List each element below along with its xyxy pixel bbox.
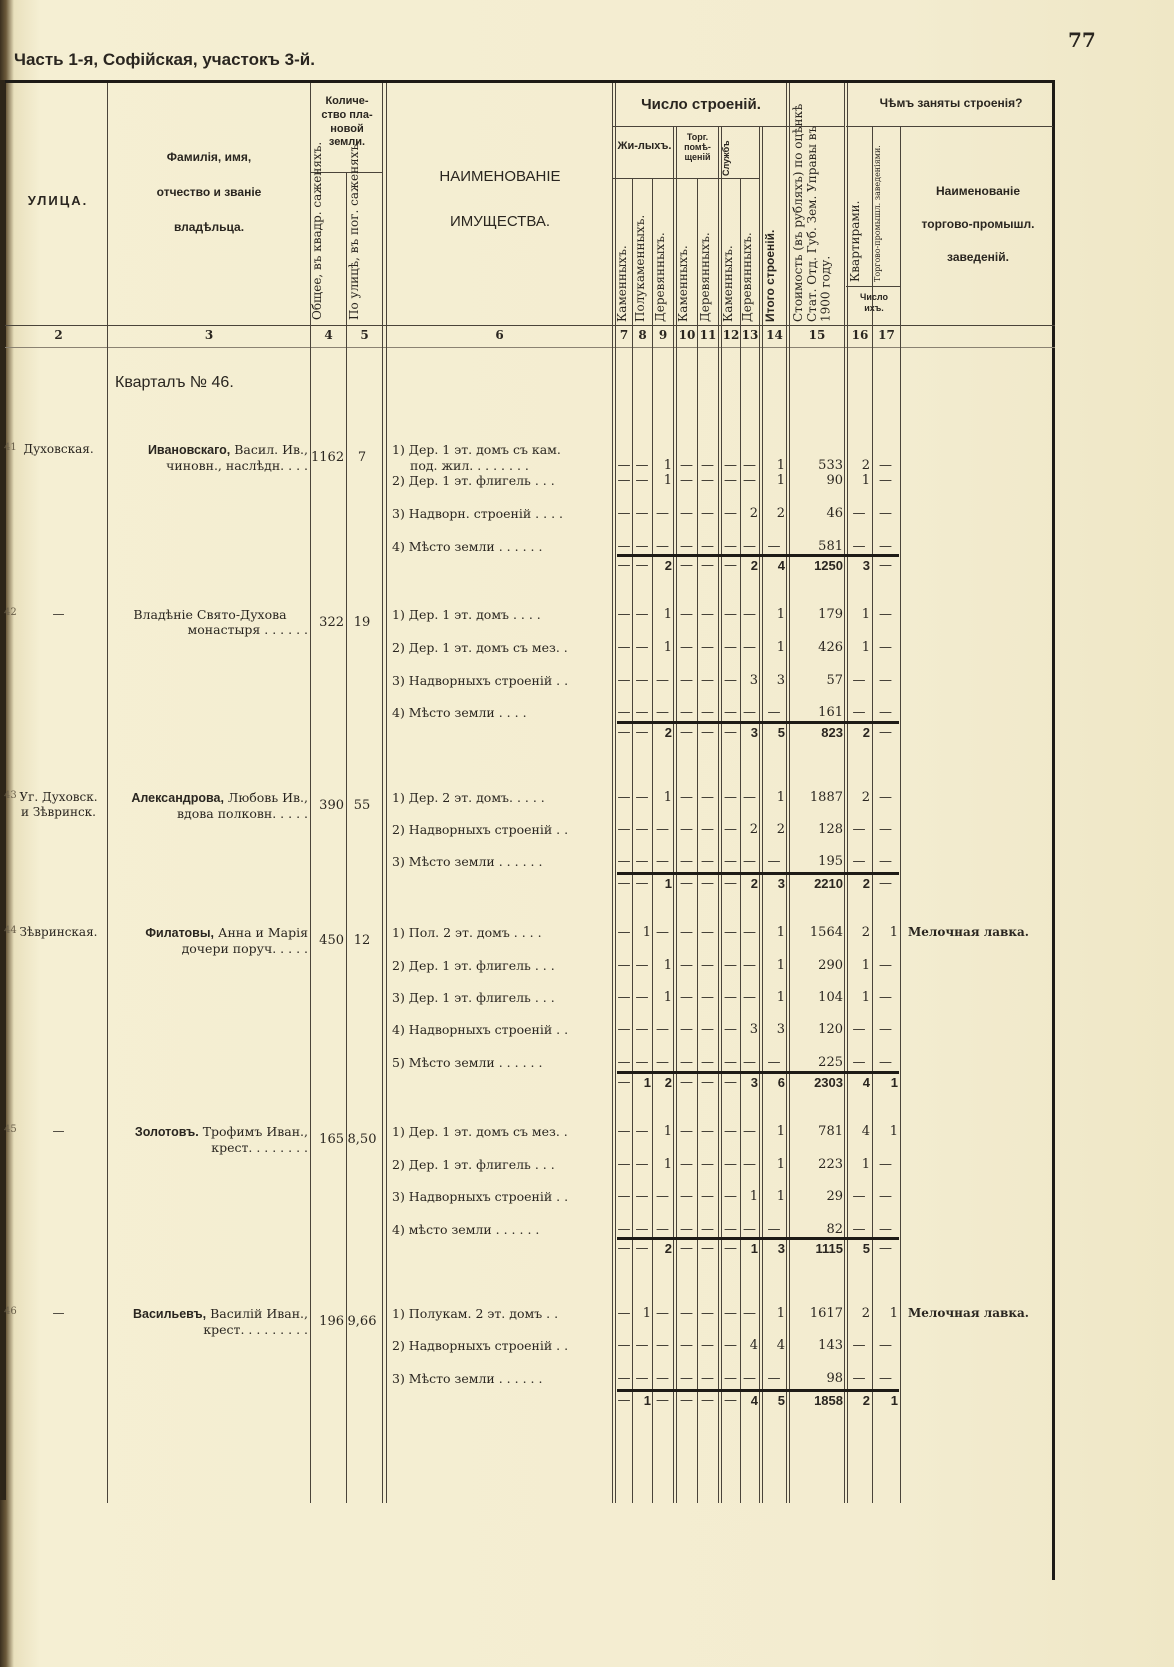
total-col8: — [633, 1241, 651, 1256]
cell-col13: — [741, 640, 758, 655]
colnum-bottom-rule [5, 347, 1055, 348]
cell-col13: — [741, 1222, 758, 1237]
header-property: НАИМЕНОВАНІЕ ИМУЩЕСТВА. [390, 168, 610, 232]
land-street: 7 [347, 450, 377, 465]
total-col11: — [698, 558, 717, 573]
cell-col12: — [722, 705, 739, 720]
scanned-page: Часть 1-я, Софійская, участокъ 3-й. 77 У… [0, 0, 1174, 1667]
colnum-10: 10 [677, 328, 697, 342]
cell-col14: 1 [763, 958, 786, 973]
property-item: 3) Надворныхъ строеній . . [392, 673, 568, 688]
owner-surname: Васильевъ, [133, 1307, 206, 1321]
cell-col16: — [848, 506, 870, 521]
property-item: 4) Надворныхъ строеній . . [392, 1022, 568, 1037]
cell-col17: — [873, 539, 898, 554]
cell-col9: — [653, 1222, 672, 1237]
header-col10-stone: Каменныхъ. [677, 182, 696, 322]
cell-col17: — [873, 506, 898, 521]
cell-col12: — [722, 1222, 739, 1237]
table-top-border [5, 80, 1055, 83]
total-col13: 2 [741, 558, 759, 573]
cell-col9: 1 [653, 473, 673, 488]
total-col10: — [677, 876, 696, 891]
owner-surname: Золотовъ. [135, 1125, 199, 1139]
cell-col15: 1887 [790, 790, 844, 805]
cell-col13: — [741, 458, 758, 473]
street-name: — [10, 1124, 107, 1138]
cell-col11: — [698, 1371, 717, 1386]
cell-col13: — [741, 990, 758, 1005]
header-col15-value: Стоимость (въ рубляхъ) по оцѣнкѣ Стат. О… [792, 92, 842, 322]
cell-col11: — [698, 705, 717, 720]
cell-col9: — [653, 854, 672, 869]
col-line-14-15a [786, 83, 787, 1503]
property-item: 1) Полукам. 2 эт. домъ . . [392, 1306, 558, 1321]
total-col7: — [616, 876, 632, 891]
colnum-9: 9 [653, 328, 673, 342]
cell-col14: 4 [763, 1338, 786, 1353]
total-col9: — [653, 1393, 672, 1408]
cell-col10: — [677, 790, 696, 805]
cell-col10: — [677, 607, 696, 622]
cell-col10: — [677, 1189, 696, 1204]
land-street: 19 [347, 615, 377, 630]
property-item: 2) Надворныхъ строеній . . [392, 822, 568, 837]
subtotal-rule [617, 1071, 899, 1074]
cell-col15: 781 [790, 1124, 844, 1139]
total-col9: 1 [653, 876, 673, 891]
cell-col8: — [633, 1055, 651, 1070]
header-trade-name-line1: Наименованіе [904, 184, 1052, 199]
total-col15: 1115 [790, 1241, 844, 1256]
cell-col12: — [722, 473, 739, 488]
cell-col14: 1 [763, 925, 786, 940]
total-col8: 1 [633, 1075, 652, 1090]
cell-col16: — [848, 822, 870, 837]
subtotal-rule [617, 1237, 899, 1240]
cell-col16: — [848, 1371, 870, 1386]
cell-col16: — [848, 1022, 870, 1037]
cell-col17: — [873, 1055, 898, 1070]
cell-col15: 46 [790, 506, 844, 521]
cell-col15: 57 [790, 673, 844, 688]
table-right-border [1052, 80, 1055, 1580]
col-line-10-11 [697, 178, 698, 1503]
cell-col17: — [873, 705, 898, 720]
cell-col16: — [848, 1338, 870, 1353]
header-trade-name-line2: торгово-промышл. [904, 217, 1052, 232]
cell-col12: — [722, 1371, 739, 1386]
col-line-11-12a [718, 126, 719, 1503]
subtotal-rule [617, 1389, 899, 1392]
owner-line-2: крест. . . . . . . . . [112, 1322, 308, 1337]
cell-col10: — [677, 539, 696, 554]
total-col16: 3 [848, 558, 871, 573]
owner-surname: Александрова, [131, 791, 224, 805]
cell-col13: — [741, 473, 758, 488]
cell-col10: — [677, 958, 696, 973]
owner-given: Любовь Ив., [228, 790, 308, 805]
header-residential: Жи-лыхъ. [616, 140, 673, 154]
cell-col14: 2 [763, 822, 786, 837]
trade-establishment-name: Мелочная лавка. [908, 925, 1029, 939]
total-col17: 1 [873, 1393, 899, 1408]
cell-col16: — [848, 854, 870, 869]
col-line-5-6a [382, 83, 383, 1503]
cell-col12: — [722, 925, 739, 940]
owner-given: Василій Иван., [210, 1306, 308, 1321]
cell-col8: — [633, 539, 651, 554]
cell-col15: 90 [790, 473, 844, 488]
header-land-total: Общее, въ квадр. саженяхъ. [311, 180, 345, 320]
header-trade: Торг. помѣ-щеній [677, 133, 718, 163]
cell-col9: — [653, 1371, 672, 1386]
owner-line-1: Васильевъ, Василій Иван., [112, 1306, 308, 1322]
land-total: 1162 [311, 450, 344, 465]
cell-col16: 1 [848, 640, 871, 655]
street-name: Зѣвринская. [10, 925, 107, 939]
col-line-2-3 [107, 83, 108, 1503]
cell-col10: — [677, 1222, 696, 1237]
header-col17-trade-est: Торгово-промышл. заведеніями. [874, 132, 899, 282]
total-col15: 1250 [790, 558, 844, 573]
cell-col15: 120 [790, 1022, 844, 1037]
cell-col12: — [722, 1338, 739, 1353]
cell-col9: — [653, 705, 672, 720]
colnum-5: 5 [347, 328, 382, 342]
owner-line-1: Александрова, Любовь Ив., [112, 790, 308, 806]
total-col14: 3 [763, 876, 786, 891]
header-col8-semistone: Полукаменныхъ. [634, 182, 651, 322]
cell-col14: 1 [763, 1124, 786, 1139]
total-col17: — [873, 876, 898, 891]
colnum-7: 7 [616, 328, 632, 342]
header-col16-apartments: Квартирами. [849, 132, 871, 282]
cell-col17: — [873, 1222, 898, 1237]
cell-col15: 225 [790, 1055, 844, 1070]
total-col12: — [722, 1075, 739, 1090]
cell-col8: — [633, 705, 651, 720]
total-col15: 1858 [790, 1393, 844, 1408]
cell-col7: — [616, 1338, 632, 1353]
cell-col16: — [848, 1189, 870, 1204]
cell-col17: — [873, 607, 898, 622]
cell-col11: — [698, 958, 717, 973]
cell-col14: 3 [763, 1022, 786, 1037]
cell-col12: — [722, 854, 739, 869]
cell-col16: 1 [848, 990, 871, 1005]
owner-line-2: вдова полковн. . . . . [112, 806, 308, 821]
total-col13: 3 [741, 725, 759, 740]
total-col7: — [616, 558, 632, 573]
property-item: 3) Надворныхъ строеній . . [392, 1189, 568, 1204]
colnum-11: 11 [698, 328, 718, 342]
cell-col14: — [763, 854, 785, 869]
cell-col8: — [633, 473, 651, 488]
colnum-12: 12 [722, 328, 740, 342]
property-item: 1) Дер. 2 эт. домъ. . . . . [392, 790, 545, 805]
owner-name: Александрова, Любовь Ив.,вдова полковн. … [112, 790, 308, 821]
cell-col11: — [698, 1222, 717, 1237]
property-item: 3) Мѣсто земли . . . . . . [392, 854, 542, 869]
col-line-12-13 [740, 178, 741, 1503]
subtotal-rule [617, 554, 899, 557]
cell-col11: — [698, 607, 717, 622]
col-line-9-10a [673, 126, 674, 1503]
cell-col14: — [763, 1222, 785, 1237]
owner-line-1: Золотовъ. Трофимъ Иван., [112, 1124, 308, 1140]
cell-col7: — [616, 1306, 632, 1321]
header-col11-wooden: Деревянныхъ. [699, 182, 717, 322]
cell-col11: — [698, 854, 717, 869]
owner-surname: Филатовы, [145, 926, 214, 940]
cell-col12: — [722, 1124, 739, 1139]
cell-col16: 1 [848, 607, 871, 622]
street-name: Уг. Духовск. [10, 790, 107, 804]
cell-col7: — [616, 458, 632, 473]
land-total: 450 [311, 933, 344, 948]
cell-col12: — [722, 1157, 739, 1172]
cell-col16: — [848, 1222, 870, 1237]
cell-col7: — [616, 705, 632, 720]
cell-col9: — [653, 925, 672, 940]
cell-col13: — [741, 958, 758, 973]
cell-col11: — [698, 790, 717, 805]
total-col10: — [677, 1075, 696, 1090]
cell-col13: 2 [741, 506, 759, 521]
cell-col16: 1 [848, 958, 871, 973]
cell-col10: — [677, 854, 696, 869]
total-col12: — [722, 725, 739, 740]
cell-col9: 1 [653, 958, 673, 973]
cell-col13: 3 [741, 673, 759, 688]
total-col7: — [616, 1393, 632, 1408]
subtotal-rule [617, 872, 899, 875]
cell-col7: — [616, 607, 632, 622]
cell-col17: 1 [873, 1306, 899, 1321]
total-col16: 4 [848, 1075, 871, 1090]
cell-col16: — [848, 539, 870, 554]
cell-col17: — [873, 458, 898, 473]
page-header: Часть 1-я, Софійская, участокъ 3-й. [14, 50, 315, 70]
occupied-subheader-rule [846, 126, 1053, 127]
owner-name: Филатовы, Анна и Маріядочери поруч. . . … [112, 925, 308, 956]
owner-line-1: Ивановскаго, Васил. Ив., [112, 442, 308, 458]
total-col14: 4 [763, 558, 786, 573]
cell-col10: — [677, 1157, 696, 1172]
cell-col10: — [677, 1338, 696, 1353]
cell-col16: 4 [848, 1124, 871, 1139]
cell-col13: 2 [741, 822, 759, 837]
cell-col9: — [653, 673, 672, 688]
property-item-cont: под. жил. . . . . . . . [410, 458, 529, 473]
cell-col11: — [698, 1055, 717, 1070]
street-name: и Зѣвринск. [10, 805, 107, 819]
cell-col12: — [722, 990, 739, 1005]
cell-col13: — [741, 705, 758, 720]
cell-col11: — [698, 1189, 717, 1204]
cell-col14: 1 [763, 990, 786, 1005]
total-col8: — [633, 558, 651, 573]
cell-col11: — [698, 506, 717, 521]
cell-col8: — [633, 1124, 651, 1139]
cell-col17: — [873, 790, 898, 805]
cell-col9: 1 [653, 790, 673, 805]
total-col12: — [722, 876, 739, 891]
cell-col13: — [741, 1055, 758, 1070]
total-col14: 3 [763, 1241, 786, 1256]
header-owner-line1: Фамилія, имя, [110, 150, 308, 165]
cell-col12: — [722, 1022, 739, 1037]
cell-col14: 2 [763, 506, 786, 521]
header-col14-total: Итого строеній. [764, 140, 785, 322]
cell-col15: 29 [790, 1189, 844, 1204]
cell-col10: — [677, 925, 696, 940]
cell-col17: — [873, 673, 898, 688]
cell-col14: 1 [763, 1306, 786, 1321]
total-col13: 3 [741, 1075, 759, 1090]
cell-col8: — [633, 1371, 651, 1386]
cell-col11: — [698, 473, 717, 488]
owner-given: Трофимъ Иван., [203, 1124, 308, 1139]
property-item: 3) Дер. 1 эт. флигель . . . [392, 990, 555, 1005]
cell-col9: 1 [653, 640, 673, 655]
col-line-17-18 [900, 126, 901, 1503]
cell-col16: — [848, 673, 870, 688]
total-col17: 1 [873, 1075, 899, 1090]
cell-col10: — [677, 458, 696, 473]
total-col11: — [698, 876, 717, 891]
cell-col7: — [616, 790, 632, 805]
col-line-15-16a [844, 83, 845, 1503]
cell-col12: — [722, 458, 739, 473]
cell-col13: — [741, 790, 758, 805]
cell-col10: — [677, 1055, 696, 1070]
total-col8: — [633, 876, 651, 891]
total-col12: — [722, 558, 739, 573]
header-occupied-group: Чѣмъ заняты строенія? [850, 96, 1052, 111]
cell-col17: — [873, 1371, 898, 1386]
header-col12-stone: Каменныхъ. [722, 182, 739, 322]
cell-col14: 1 [763, 1189, 786, 1204]
total-col8: 1 [633, 1393, 652, 1408]
land-total: 390 [311, 798, 344, 813]
total-col7: — [616, 1241, 632, 1256]
cell-col14: 1 [763, 458, 786, 473]
cell-col7: — [616, 822, 632, 837]
total-col9: 2 [653, 1075, 673, 1090]
cell-col11: — [698, 1338, 717, 1353]
cell-col8: — [633, 1022, 651, 1037]
cell-col13: — [741, 1124, 758, 1139]
cell-col15: 82 [790, 1222, 844, 1237]
col-line-13-14a [759, 126, 760, 1503]
total-col17: — [873, 1241, 898, 1256]
cell-col16: 1 [848, 473, 871, 488]
cell-col14: — [763, 1371, 785, 1386]
cell-col9: 1 [653, 607, 673, 622]
land-total: 196 [311, 1314, 344, 1329]
cell-col12: — [722, 607, 739, 622]
cell-col14: 1 [763, 790, 786, 805]
cell-col13: — [741, 1306, 758, 1321]
cell-col10: — [677, 1022, 696, 1037]
colnum-2: 2 [10, 328, 107, 342]
cell-col12: — [722, 506, 739, 521]
cell-col13: — [741, 854, 758, 869]
cell-col17: — [873, 1157, 898, 1172]
total-col16: 2 [848, 876, 871, 891]
col-line-4-5 [346, 172, 347, 1503]
total-col14: 5 [763, 1393, 786, 1408]
total-col11: — [698, 1393, 717, 1408]
cell-col13: — [741, 1371, 758, 1386]
property-item: 3) Мѣсто земли . . . . . . [392, 1371, 542, 1386]
cell-col10: — [677, 506, 696, 521]
street-name: — [10, 607, 107, 621]
owner-line-2: дочери поруч. . . . . [112, 941, 308, 956]
cell-col9: — [653, 506, 672, 521]
total-col10: — [677, 725, 696, 740]
colnum-6: 6 [387, 328, 612, 342]
total-col17: — [873, 725, 898, 740]
cell-col14: 1 [763, 607, 786, 622]
owner-name: Ивановскаго, Васил. Ив.,чиновн., наслѣдн… [112, 442, 308, 473]
cell-col9: 1 [653, 458, 673, 473]
cell-col10: — [677, 1124, 696, 1139]
cell-col14: 1 [763, 1157, 786, 1172]
cell-col11: — [698, 1306, 717, 1321]
cell-col9: — [653, 1306, 672, 1321]
cell-col15: 179 [790, 607, 844, 622]
total-col10: — [677, 1393, 696, 1408]
cell-col7: — [616, 539, 632, 554]
property-item: 3) Надворн. строеній . . . . [392, 506, 563, 521]
total-col7: — [616, 725, 632, 740]
cell-col12: — [722, 822, 739, 837]
cell-col8: — [633, 958, 651, 973]
col-line-8-9 [652, 178, 653, 1503]
cell-col9: — [653, 539, 672, 554]
total-col11: — [698, 1075, 717, 1090]
cell-col12: — [722, 958, 739, 973]
cell-col8: — [633, 1222, 651, 1237]
cell-col8: 1 [633, 1306, 652, 1321]
cell-col7: — [616, 1055, 632, 1070]
property-item: 4) мѣсто земли . . . . . . [392, 1222, 539, 1237]
colnum-17: 17 [873, 328, 900, 342]
colnum-16: 16 [848, 328, 872, 342]
cell-col15: 128 [790, 822, 844, 837]
cell-col15: 161 [790, 705, 844, 720]
land-street: 8,50 [347, 1132, 377, 1147]
total-col15: 2210 [790, 876, 844, 891]
cell-col7: — [616, 925, 632, 940]
property-item: 4) Мѣсто земли . . . . [392, 705, 527, 720]
owner-line-2: монастыря . . . . . . [112, 622, 308, 637]
cell-col15: 143 [790, 1338, 844, 1353]
owner-line-2: чиновн., наслѣдн. . . . [112, 458, 308, 473]
cell-col9: 1 [653, 1124, 673, 1139]
cell-col16: 2 [848, 458, 871, 473]
header-owner-line2: отчество и званіе [110, 185, 308, 200]
cell-col11: — [698, 539, 717, 554]
cell-col17: — [873, 1189, 898, 1204]
land-street: 9,66 [347, 1314, 377, 1329]
cell-col17: — [873, 640, 898, 655]
cell-col7: — [616, 1189, 632, 1204]
header-bottom-rule [5, 325, 1055, 326]
